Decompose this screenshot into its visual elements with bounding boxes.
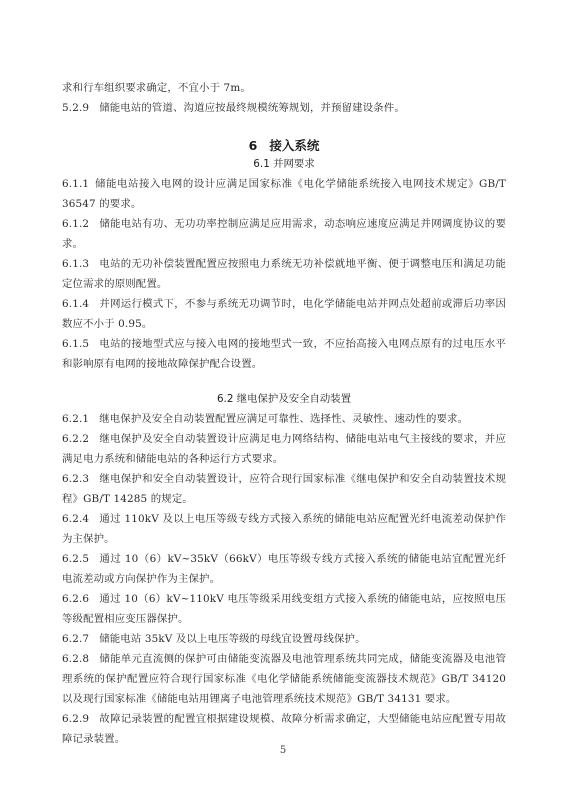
- clause-6-1-1: 6.1.1 储能电站接入电网的设计应满足国家标准《电化学储能系统接入电网技术规定…: [62, 174, 506, 214]
- clause-number: 5.2.9: [62, 98, 89, 118]
- clause-text: 通过 10（6）kV~110kV 电压等级采用线变组方式接入系统的储能电站，应按…: [62, 593, 506, 625]
- clause-number: 6.2.2: [62, 429, 89, 449]
- clause-number: 6.2.6: [62, 589, 89, 609]
- page-number: 5: [0, 745, 566, 756]
- clause-number: 6.2.5: [62, 549, 89, 569]
- clause-5-2-9: 5.2.9储能电站的管道、沟道应按最终规模统筹规划，并预留建设条件。: [62, 98, 506, 118]
- clause-number: 6.2.9: [62, 709, 89, 729]
- clause-text: 继电保护及安全自动装置设计应满足电力网络结构、储能电站电气主接线的要求，并应满足…: [62, 433, 506, 465]
- clause-number: 6.1.4: [62, 294, 89, 314]
- clause-number: 6.1.5: [62, 334, 89, 354]
- clause-text: 并网运行模式下，不参与系统无功调节时，电化学储能电站并网点处超前或滞后功率因数应…: [62, 298, 506, 330]
- clause-number: 6.2.4: [62, 509, 89, 529]
- clause-text: 电站的接地型式应与接入电网的接地型式一致，不应抬高接入电网点原有的过电压水平和影…: [62, 338, 506, 370]
- clause-text: 继电保护及安全自动装置配置应满足可靠性、选择性、灵敏性、速动性的要求。: [99, 413, 468, 425]
- clause-6-2-1: 6.2.1继电保护及安全自动装置配置应满足可靠性、选择性、灵敏性、速动性的要求。: [62, 409, 506, 429]
- clause-text: 电站的无功补偿装置配置应按照电力系统无功补偿就地平衡、便于调整电压和满足功能定位…: [62, 258, 506, 290]
- clause-6-1-3: 6.1.3电站的无功补偿装置配置应按照电力系统无功补偿就地平衡、便于调整电压和满…: [62, 254, 506, 294]
- continuation-text: 求和行车组织要求确定，不宜小于 7m。: [62, 78, 506, 98]
- clause-text: 储能电站的管道、沟道应按最终规模统筹规划，并预留建设条件。: [99, 102, 405, 114]
- clause-number: 6.2.1: [62, 409, 89, 429]
- clause-6-2-7: 6.2.7储能电站 35kV 及以上电压等级的母线宜设置母线保护。: [62, 629, 506, 649]
- clause-6-1-4: 6.1.4并网运行模式下，不参与系统无功调节时，电化学储能电站并网点处超前或滞后…: [62, 294, 506, 334]
- clause-6-2-8: 6.2.8储能单元直流侧的保护可由储能变流器及电池管理系统共同完成，储能变流器及…: [62, 649, 506, 709]
- clause-number: 6.2.7: [62, 629, 89, 649]
- clause-number: 6.1.3: [62, 254, 89, 274]
- clause-6-1-2: 6.1.2储能电站有功、无功功率控制应满足应用需求，动态响应速度应满足并网调度协…: [62, 214, 506, 254]
- clause-6-2-2: 6.2.2继电保护及安全自动装置设计应满足电力网络结构、储能电站电气主接线的要求…: [62, 429, 506, 469]
- chapter-title: 接入系统: [269, 138, 319, 153]
- clause-text: 故障记录装置的配置宜根据建设规模、故障分析需求确定，大型储能电站应配置专用故障记…: [62, 713, 506, 745]
- clause-number: 6.1.2: [62, 214, 89, 234]
- clause-number: 6.2.3: [62, 469, 89, 489]
- clause-text: 储能单元直流侧的保护可由储能变流器及电池管理系统共同完成，储能变流器及电池管理系…: [62, 653, 506, 705]
- clause-text: 继电保护和安全自动装置设计，应符合现行国家标准《继电保护和安全自动装置技术规程》…: [62, 473, 506, 505]
- clause-number: 6.1.1: [62, 178, 89, 190]
- clause-number: 6.2.8: [62, 649, 89, 669]
- chapter-number: 6: [249, 138, 258, 153]
- chapter-heading: 6接入系统: [62, 137, 506, 155]
- clause-text: 通过 10（6）kV~35kV（66kV）电压等级专线方式接入系统的储能电站宜配…: [62, 553, 506, 585]
- clause-6-2-9: 6.2.9故障记录装置的配置宜根据建设规模、故障分析需求确定，大型储能电站应配置…: [62, 709, 506, 749]
- section-heading-6-1: 6.1 并网要求: [62, 155, 506, 173]
- clause-6-2-5: 6.2.5通过 10（6）kV~35kV（66kV）电压等级专线方式接入系统的储…: [62, 549, 506, 589]
- document-page: 求和行车组织要求确定，不宜小于 7m。 5.2.9储能电站的管道、沟道应按最终规…: [62, 78, 506, 749]
- paragraph-text: 求和行车组织要求确定，不宜小于 7m。: [62, 82, 251, 94]
- clause-6-2-4: 6.2.4通过 110kV 及以上电压等级专线方式接入系统的储能电站应配置光纤电…: [62, 509, 506, 549]
- clause-text: 通过 110kV 及以上电压等级专线方式接入系统的储能电站应配置光纤电流差动保护…: [62, 513, 506, 545]
- clause-text: 储能电站 35kV 及以上电压等级的母线宜设置母线保护。: [99, 633, 365, 645]
- clause-text: 储能电站接入电网的设计应满足国家标准《电化学储能系统接入电网技术规定》GB/T …: [62, 178, 506, 210]
- section-heading-6-2: 6.2 继电保护及安全自动装置: [62, 390, 506, 408]
- clause-6-2-3: 6.2.3继电保护和安全自动装置设计，应符合现行国家标准《继电保护和安全自动装置…: [62, 469, 506, 509]
- clause-6-2-6: 6.2.6通过 10（6）kV~110kV 电压等级采用线变组方式接入系统的储能…: [62, 589, 506, 629]
- clause-6-1-5: 6.1.5电站的接地型式应与接入电网的接地型式一致，不应抬高接入电网点原有的过电…: [62, 334, 506, 374]
- clause-text: 储能电站有功、无功功率控制应满足应用需求，动态响应速度应满足并网调度协议的要求。: [62, 218, 506, 250]
